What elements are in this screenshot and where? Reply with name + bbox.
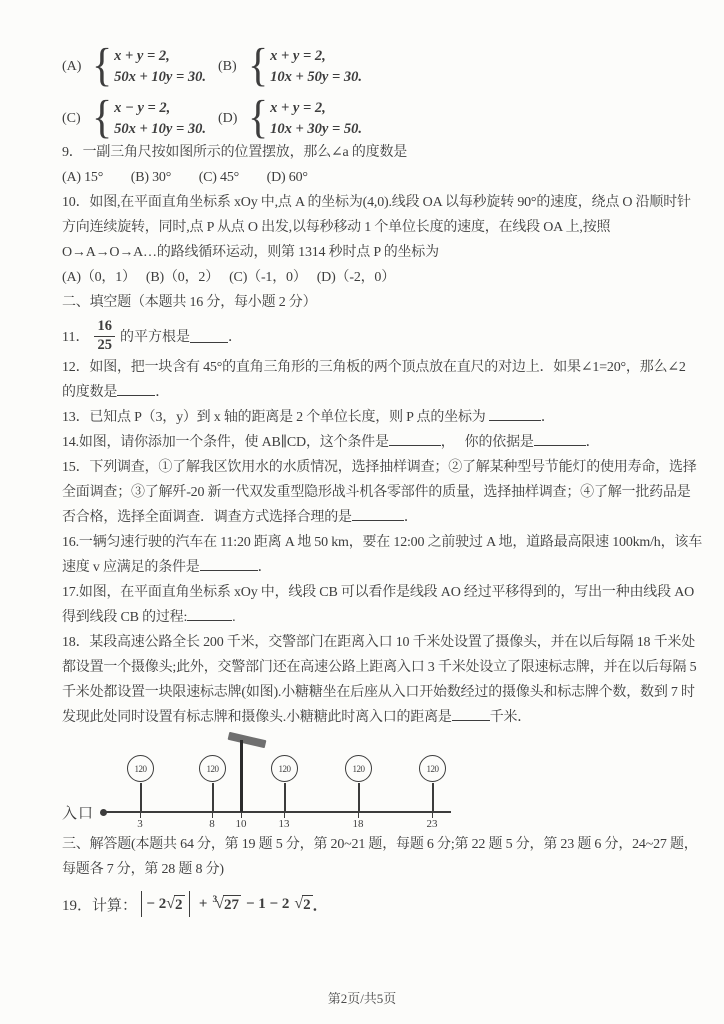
sign-post	[212, 783, 214, 812]
question-18-line-3: 千米处都设置一块限速标志牌(如图).小糖糖坐在后座从入口开始数经过的摄像头和标志…	[62, 680, 684, 705]
tick-label: 18	[353, 818, 364, 830]
equation-line: x + y = 2,	[270, 46, 362, 67]
equation-line: 10x + 50y = 30.	[270, 67, 362, 88]
question-15-line-1: 15．下列调查，①了解我区饮用水的水质情况，选择抽样调查；②了解某种型号节能灯的…	[62, 455, 684, 480]
answer-blank	[452, 707, 490, 721]
question-11-number: 11．	[62, 326, 89, 346]
formula-period: ．	[313, 894, 328, 915]
answer-blank	[117, 382, 155, 396]
answer-blank	[200, 557, 258, 571]
question-15-line-3-text: 否合格，选择全面调查．调查方式选择合理的是	[62, 510, 352, 525]
question-18-line-4-unit: 千米．	[490, 710, 531, 725]
formula-term: − 1 − 2	[246, 896, 289, 913]
question-18-line-4-text: 发现此处同时设置有标志牌和摄像头.小糖糖此时离入口的距离是	[62, 710, 452, 725]
question-15-line-3: 否合格，选择全面调查．调查方式选择合理的是．	[62, 505, 684, 530]
option-d-equations: x + y = 2, 10x + 30y = 50.	[270, 98, 362, 140]
question-15-line-2: 全面调查；③了解歼-20 新一代双发重型隐形战斗机各零部件的质量，选择抽样调查；…	[62, 480, 684, 505]
equation-line: 50x + 10y = 30.	[114, 119, 206, 140]
speed-limit-sign: 120	[271, 755, 298, 782]
abs-bar	[141, 891, 142, 917]
question-10-line-1: 10．如图,在平面直角坐标系 xOy 中,点 A 的坐标为(4,0).线段 OA…	[62, 190, 684, 215]
question-16-line-1: 16.一辆匀速行驶的汽车在 11:20 距离 A 地 50 km，要在 12:0…	[62, 530, 684, 555]
camera-head-icon	[228, 732, 267, 748]
section-2-title: 二、填空题（本题共 16 分，每小题 2 分）	[62, 290, 684, 315]
question-9-text: 9．一副三角尺按如图所示的位置摆放，那么∠a 的度数是	[62, 140, 684, 165]
sign-post	[284, 783, 286, 812]
q8-option-grid: (A) { x + y = 2, 50x + 10y = 30. (B) { x…	[62, 46, 492, 140]
option-a-label: (A)	[62, 59, 92, 75]
brace-icon: {	[92, 98, 112, 140]
radicand: 2	[302, 895, 313, 914]
question-19: 19．计算： − 2√2+3√27− 1 − 2√2．	[62, 888, 684, 920]
abs-bar	[189, 891, 190, 917]
question-12-line-2: 的度数是．	[62, 380, 684, 405]
tick-label: 8	[209, 818, 215, 830]
question-18-line-4: 发现此处同时设置有标志牌和摄像头.小糖糖此时离入口的距离是千米．	[62, 705, 684, 730]
formula-term: − 2	[146, 896, 166, 913]
question-10-line-3: O→A→O→A…的路线循环运动，则第 1314 秒时点 P 的坐标为	[62, 240, 684, 265]
question-19-label: 19．计算：	[62, 894, 137, 915]
road-line	[103, 811, 451, 813]
fraction-denominator: 25	[94, 337, 115, 353]
question-10-options: (A)（0，1） (B)（0，2） (C)（-1，0） (D)（-2，0）	[62, 265, 684, 290]
question-11-text: 的平方根是	[120, 326, 190, 346]
speed-limit-sign: 120	[345, 755, 372, 782]
option-a-equations: x + y = 2, 50x + 10y = 30.	[114, 46, 206, 88]
answer-blank	[389, 432, 441, 446]
question-10-line-2: 方向连续旋转，同时,点 P 从点 O 出发,以每秒移动 1 个单位长度的速度，在…	[62, 215, 684, 240]
question-13-text: 13．已知点 P（3，y）到 x 轴的距离是 2 个单位长度，则 P 点的坐标为	[62, 410, 489, 425]
sign-post	[432, 783, 434, 812]
question-12-line-2-text: 的度数是	[62, 385, 117, 400]
equation-line: x − y = 2,	[114, 98, 206, 119]
option-b-label: (B)	[218, 59, 248, 75]
q8-option-b: (B) { x + y = 2, 10x + 50y = 30.	[218, 46, 492, 88]
question-16-period: ．	[258, 560, 272, 575]
question-18-line-2: 都设置一个摄像头;此外，交警部门还在高速公路上距离入口 3 千米处设立了限速标志…	[62, 655, 684, 680]
question-16-line-2: 速度 v 应满足的条件是．	[62, 555, 684, 580]
brace-icon: {	[248, 46, 268, 88]
question-17-line-2-text: 得到线段 CB 的过程:	[62, 610, 187, 625]
question-17-line-1: 17.如图，在平面直角坐标系 xOy 中，线段 CB 可以看作是线段 AO 经过…	[62, 580, 684, 605]
q8-option-a: (A) { x + y = 2, 50x + 10y = 30.	[62, 46, 218, 88]
question-11-period: ．	[228, 326, 242, 346]
camera-pole	[240, 740, 243, 812]
question-16-line-2-text: 速度 v 应满足的条件是	[62, 560, 200, 575]
radicand: 2	[174, 895, 185, 914]
answer-blank	[489, 407, 541, 421]
cube-root-radical: √27	[215, 895, 241, 914]
question-11: 11． 16 25 的平方根是 ．	[62, 317, 684, 355]
question-19-formula: − 2√2+3√27− 1 − 2√2．	[137, 891, 328, 917]
plus-operator: +	[199, 896, 208, 913]
question-18-line-1: 18．某段高速公路全长 200 千米，交警部门在距离入口 10 千米处设置了摄像…	[62, 630, 684, 655]
question-17-line-2: 得到线段 CB 的过程:.	[62, 605, 684, 630]
equation-line: 50x + 10y = 30.	[114, 67, 206, 88]
sign-post	[358, 783, 360, 812]
q8-option-c: (C) { x − y = 2, 50x + 10y = 30.	[62, 98, 218, 140]
question-12-period: ．	[155, 385, 169, 400]
question-14-period: ．	[586, 435, 600, 450]
section-3-title-line-2: 每题各 7 分，第 28 题 8 分)	[62, 857, 684, 882]
option-b-equations: x + y = 2, 10x + 50y = 30.	[270, 46, 362, 88]
equation-line: 10x + 30y = 50.	[270, 119, 362, 140]
fraction-numerator: 16	[94, 319, 115, 336]
question-14-text-2: ， 你的依据是	[441, 435, 534, 450]
answer-blank	[352, 507, 404, 521]
cube-root-index: 3	[212, 895, 217, 905]
answer-blank	[190, 329, 228, 343]
brace-icon: {	[92, 46, 112, 88]
tick-label: 10	[236, 818, 247, 830]
question-15-period: ．	[404, 510, 418, 525]
speed-limit-sign: 120	[419, 755, 446, 782]
answer-blank	[187, 607, 232, 621]
question-13: 13．已知点 P（3，y）到 x 轴的距离是 2 个单位长度，则 P 点的坐标为…	[62, 405, 684, 430]
section-3-title-line-1: 三、解答题(本题共 64 分，第 19 题 5 分，第 20~21 题，每题 6…	[62, 832, 684, 857]
equation-line: x + y = 2,	[114, 46, 206, 67]
page-number: 第2页/共5页	[0, 988, 724, 1007]
radicand: 27	[223, 895, 241, 914]
sqrt-radical: √2	[294, 895, 312, 914]
option-d-label: (D)	[218, 111, 248, 127]
entrance-label: 入口	[62, 802, 94, 823]
brace-icon: {	[248, 98, 268, 140]
q18-highway-figure: 入口 120 120 120 120 120 3 8 10 13	[62, 734, 684, 832]
equation-line: x + y = 2,	[270, 98, 362, 119]
question-9-options: (A) 15° (B) 30° (C) 45° (D) 60°	[62, 165, 684, 190]
question-12-line-1: 12．如图，把一块含有 45°的直角三角形的三角板的两个顶点放在直尺的对边上．如…	[62, 355, 684, 380]
speed-limit-sign: 120	[127, 755, 154, 782]
option-c-label: (C)	[62, 111, 92, 127]
question-14: 14.如图，请你添加一个条件，使 AB∥CD，这个条件是， 你的依据是．	[62, 430, 684, 455]
fraction-16-25: 16 25	[94, 319, 115, 352]
q8-option-d: (D) { x + y = 2, 10x + 30y = 50.	[218, 98, 492, 140]
answer-blank	[534, 432, 586, 446]
question-13-period: ．	[541, 410, 555, 425]
tick-label: 13	[279, 818, 290, 830]
question-17-period: .	[232, 610, 235, 625]
tick-label: 23	[427, 818, 438, 830]
tick-label: 3	[137, 818, 143, 830]
speed-limit-sign: 120	[199, 755, 226, 782]
sqrt-radical: √2	[166, 895, 184, 914]
exam-content: (A) { x + y = 2, 50x + 10y = 30. (B) { x…	[0, 0, 724, 920]
question-14-text-1: 14.如图，请你添加一个条件，使 AB∥CD，这个条件是	[62, 435, 389, 450]
sign-post	[140, 783, 142, 812]
exam-page: (A) { x + y = 2, 50x + 10y = 30. (B) { x…	[0, 0, 724, 1024]
option-c-equations: x − y = 2, 50x + 10y = 30.	[114, 98, 206, 140]
